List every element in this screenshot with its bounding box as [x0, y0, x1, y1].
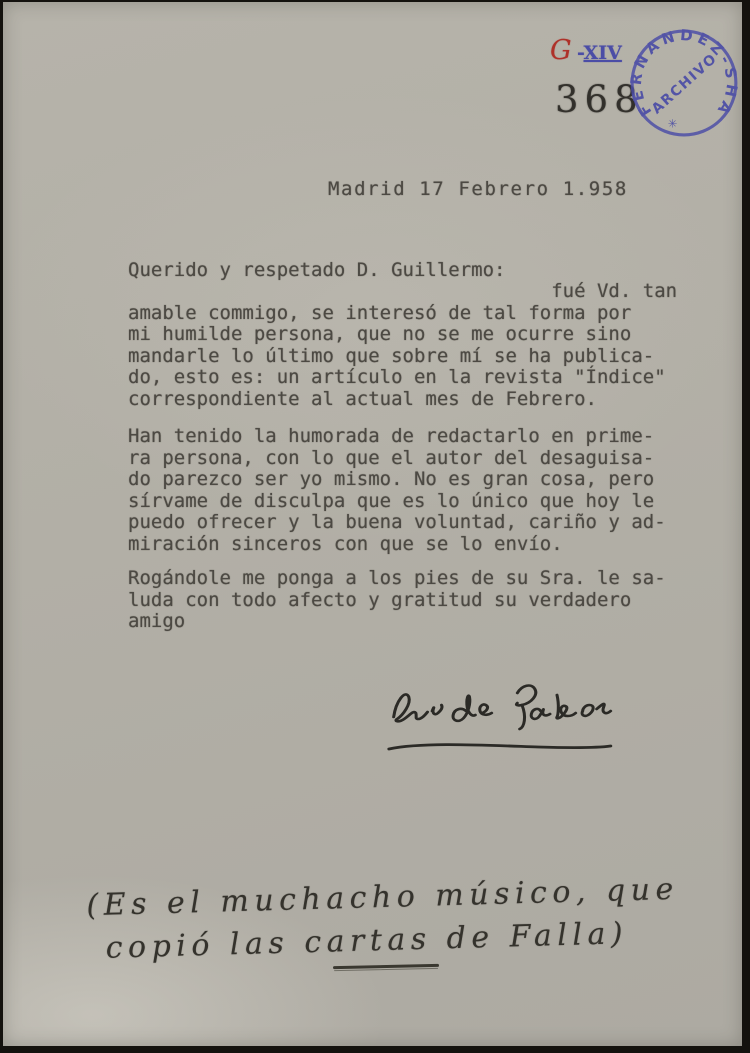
- scan-background: { "document": { "type_label": "typewritt…: [0, 0, 750, 1053]
- text-line: luda con todo afecto y gratitud su verda…: [128, 590, 666, 612]
- signature: [375, 665, 620, 764]
- classification-letter-handwritten: G: [550, 35, 572, 66]
- paragraph-2: Han tenido la humorada de redactarlo en …: [128, 426, 666, 555]
- stamp-asterisk-symbol: ✳: [668, 117, 678, 131]
- postscript-note: (Es el muchacho músico, que copió las ca…: [86, 872, 680, 967]
- postscript-underline: [333, 964, 439, 969]
- salutation: Querido y respetado D. Guillermo:: [128, 259, 506, 281]
- text-line: Han tenido la humorada de redactarlo en …: [128, 426, 666, 448]
- text-line: do parezco ser yo mismo. No es gran cosa…: [128, 469, 666, 491]
- paragraph-1: fué Vd. tanamable commigo, se interesó d…: [128, 281, 677, 410]
- archive-stamp-icon: FERNANDEZ-SHAW ARCHIVO ✳: [629, 28, 739, 138]
- classification-roman-numeral: -XIV: [577, 42, 622, 64]
- text-line: correspondiente al actual mes de Febrero…: [128, 389, 677, 411]
- text-line: miración sinceros con que se lo envío.: [128, 534, 666, 556]
- stamp-center-text: ARCHIVO: [649, 50, 721, 117]
- text-line: fué Vd. tan: [128, 281, 677, 303]
- text-line: puedo ofrecer y la buena voluntad, cariñ…: [128, 512, 666, 534]
- date-line: Madrid 17 Febrero 1.958: [328, 178, 628, 200]
- text-line: ra persona, con lo que el autor del desa…: [128, 448, 666, 470]
- letter-page: G -XIV 368 FERNANDEZ-SHAW ARCHIVO ✳ Madr…: [3, 2, 742, 1046]
- paragraph-3: Rogándole me ponga a los pies de su Sra.…: [128, 568, 666, 633]
- postscript-line-1: (Es el muchacho músico, que: [86, 872, 679, 924]
- roman-numeral-text: XIV: [584, 42, 622, 64]
- text-line: amable commigo, se interesó de tal forma…: [128, 303, 677, 325]
- text-line: amigo: [128, 611, 666, 633]
- text-line: mandarle lo último que sobre mí se ha pu…: [128, 346, 677, 368]
- text-line: mi humilde persona, que no se me ocurre …: [128, 324, 677, 346]
- postscript-line-2: copió las cartas de Falla): [105, 915, 680, 966]
- archive-stamp: FERNANDEZ-SHAW ARCHIVO ✳: [629, 28, 739, 142]
- text-line: do, esto es: un artículo en la revista "…: [128, 367, 677, 389]
- signature-icon: [375, 665, 620, 760]
- text-line: sírvame de disculpa que es lo único que …: [128, 491, 666, 513]
- text-line: Rogándole me ponga a los pies de su Sra.…: [128, 568, 666, 590]
